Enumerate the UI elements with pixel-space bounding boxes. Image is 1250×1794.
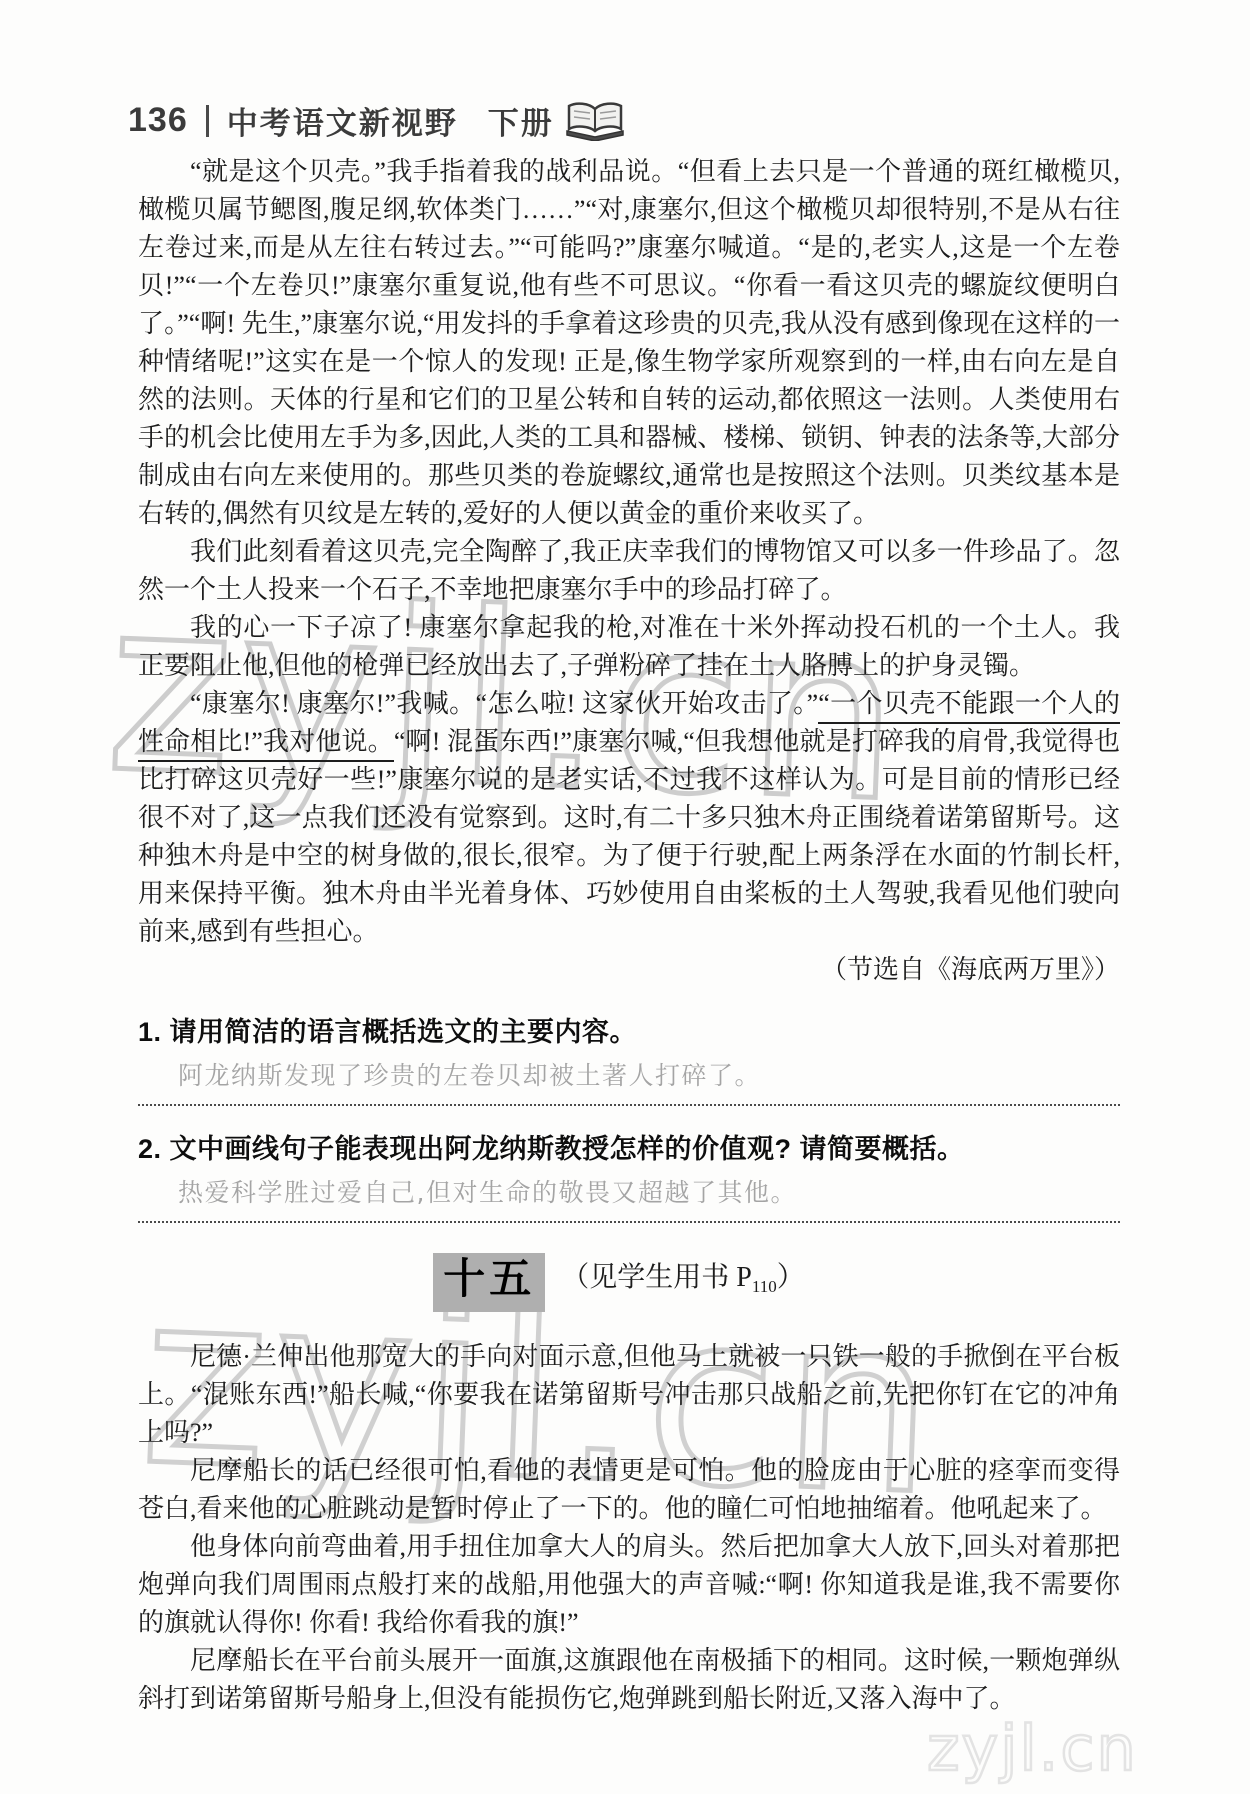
book-page: zyjl.cn zyjl.cn zyjl.cn 136 中考语文新视野 下册 “… xyxy=(0,0,1250,1794)
page-header: 136 中考语文新视野 下册 xyxy=(128,98,626,143)
watermark-corner: zyjl.cn xyxy=(925,1712,1245,1792)
volume-label: 下册 xyxy=(488,98,554,143)
passage2-paragraph-3: 他身体向前弯曲着,用手扭住加拿大人的肩头。然后把加拿大人放下,回头对着那把炮弹向… xyxy=(138,1528,1120,1642)
passage2-paragraph-4: 尼摩船长在平台前头展开一面旗,这旗跟他在南极插下的相同。这时候,一颗炮弹纵斜打到… xyxy=(138,1642,1120,1718)
question-2-number: 2. xyxy=(138,1134,162,1164)
page-number: 136 xyxy=(128,101,188,140)
reference-prefix: （见学生用书 P xyxy=(561,1262,752,1293)
question-1-text: 请用简洁的语言概括选文的主要内容。 xyxy=(170,1017,638,1047)
open-book-icon xyxy=(564,101,626,146)
question-2: 2.文中画线句子能表现出阿龙纳斯教授怎样的价值观? 请简要概括。 xyxy=(138,1130,1120,1168)
answer-line-1: 阿龙纳斯发现了珍贵的左卷贝却被土著人打碎了。 xyxy=(138,1055,1120,1106)
passage1-paragraph-3: 我的心一下子凉了! 康塞尔拿起我的枪,对准在十米外挥动投石机的一个土人。我正要阻… xyxy=(138,609,1120,685)
question-2-text: 文中画线句子能表现出阿龙纳斯教授怎样的价值观? 请简要概括。 xyxy=(170,1134,965,1164)
reference-suffix: ） xyxy=(777,1262,805,1293)
watermark-text: zyjl.cn xyxy=(927,1712,1138,1785)
question-1: 1.请用简洁的语言概括选文的主要内容。 xyxy=(138,1013,1120,1051)
book-title: 中考语文新视野 xyxy=(227,98,458,143)
page-content: “就是这个贝壳。”我手指着我的战利品说。“但看上去只是一个普通的斑红橄榄贝,橄榄… xyxy=(138,153,1120,1718)
student-book-reference: （见学生用书 P110） xyxy=(561,1259,804,1306)
passage2-paragraph-1: 尼德·兰伸出他那宽大的手向对面示意,但他马上就被一只铁一般的手掀倒在平台板上。“… xyxy=(138,1338,1120,1452)
header-divider xyxy=(206,105,209,137)
passage2-paragraph-2: 尼摩船长的话已经很可怕,看他的表情更是可怕。他的脸庞由于心脏的痉挛而变得苍白,看… xyxy=(138,1452,1120,1528)
reference-page-subscript: 110 xyxy=(752,1277,777,1296)
passage1-paragraph-2: 我们此刻看着这贝壳,完全陶醉了,我正庆幸我们的博物馆又可以多一件珍品了。忽然一个… xyxy=(138,533,1120,609)
section-number-badge: 十五 xyxy=(433,1253,545,1312)
section-header: 十五 （见学生用书 P110） xyxy=(118,1253,1120,1312)
passage1-paragraph-4: “康塞尔! 康塞尔!”我喊。“怎么啦! 这家伙开始攻击了。”“一个贝壳不能跟一个… xyxy=(138,685,1120,951)
source-attribution: （节选自《海底两万里》） xyxy=(138,951,1120,989)
p4-text-before: “康塞尔! 康塞尔!”我喊。“怎么啦! 这家伙开始攻击了。” xyxy=(190,689,818,718)
question-1-number: 1. xyxy=(138,1017,162,1047)
passage1-paragraph-1: “就是这个贝壳。”我手指着我的战利品说。“但看上去只是一个普通的斑红橄榄贝,橄榄… xyxy=(138,153,1120,533)
answer-line-2: 热爱科学胜过爱自己,但对生命的敬畏又超越了其他。 xyxy=(138,1172,1120,1223)
